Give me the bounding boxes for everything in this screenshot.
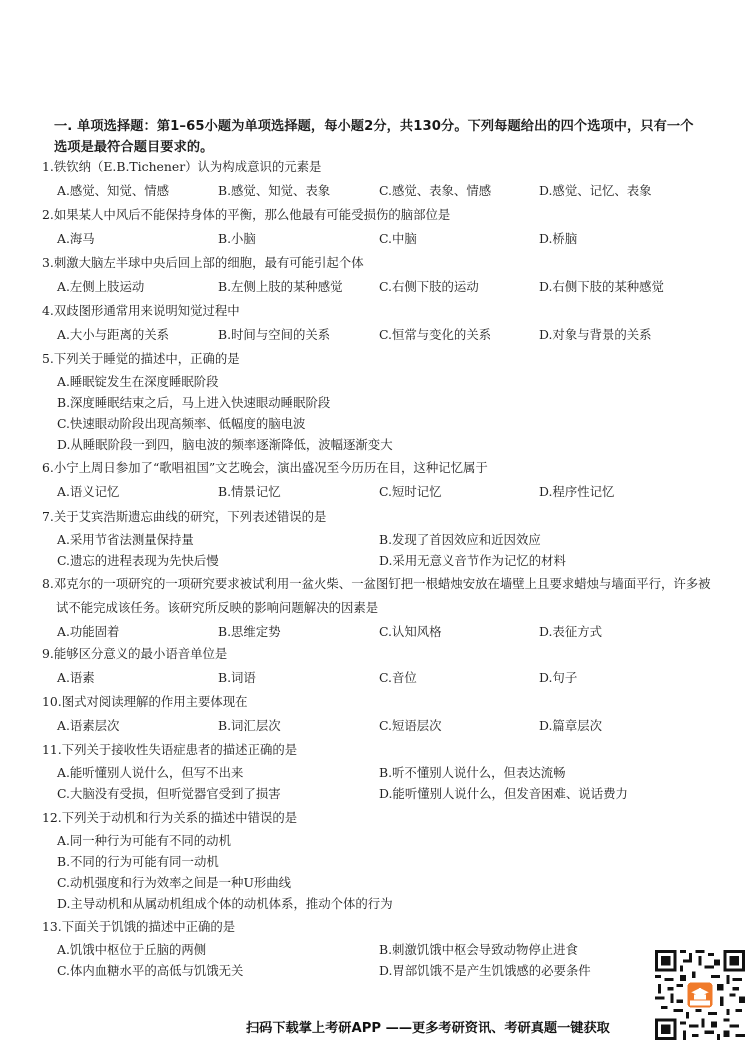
question-stem: 11.下列关于接收性失语症患者的描述正确的是 xyxy=(42,738,722,762)
question-stem: 5.下列关于睡觉的描述中，正确的是 xyxy=(42,347,722,371)
option-a: A.能听懂别人说什么，但写不出来 xyxy=(57,762,243,783)
option-d: D.表征方式 xyxy=(539,620,602,644)
option-d: D.桥脑 xyxy=(539,227,577,251)
option-b: B.词汇层次 xyxy=(218,714,281,738)
option-a: A.语素 xyxy=(57,666,95,690)
question-5: 5.下列关于睡觉的描述中，正确的是 A.睡眠锭发生在深度睡眠阶段 B.深度睡眠结… xyxy=(42,347,722,455)
option-b: B.词语 xyxy=(218,666,256,690)
option-d: D.从睡眠阶段一到四，脑电波的频率逐渐降低，波幅逐渐变大 xyxy=(42,434,722,455)
option-c: C.右侧下肢的运动 xyxy=(379,275,479,299)
question-7: 7.关于艾宾浩斯遗忘曲线的研究，下列表述错误的是 A.采用节省法测量保持量 B.… xyxy=(42,505,722,571)
qr-code[interactable] xyxy=(655,950,745,1040)
option-d: D.句子 xyxy=(539,666,577,690)
option-b: B.左侧上肢的某种感觉 xyxy=(218,275,343,299)
option-b: B.深度睡眠结束之后，马上进入快速眼动睡眠阶段 xyxy=(42,392,722,413)
question-stem: 10.图式对阅读理解的作用主要体现在 xyxy=(42,690,722,714)
option-c: C.体内血糖水平的高低与饥饿无关 xyxy=(57,960,243,981)
question-6: 6.小宁上周日参加了“歌唱祖国”文艺晚会，演出盛况至今历历在目，这种记忆属于 A… xyxy=(42,456,722,504)
question-stem: 7.关于艾宾浩斯遗忘曲线的研究，下列表述错误的是 xyxy=(42,505,722,529)
option-b: B.刺激饥饿中枢会导致动物停止进食 xyxy=(379,939,578,960)
question-stem: 12.下列关于动机和行为关系的描述中错误的是 xyxy=(42,806,722,830)
option-c: C.中脑 xyxy=(379,227,417,251)
option-c: C.快速眼动阶段出现高频率、低幅度的脑电波 xyxy=(42,413,722,434)
option-b: B.小脑 xyxy=(218,227,256,251)
option-a: A.海马 xyxy=(57,227,95,251)
option-a: A.语素层次 xyxy=(57,714,119,738)
qr-code-icon xyxy=(655,950,745,1040)
app-promo-text: 扫码下载掌上考研APP ——更多考研资讯、考研真题一键获取 xyxy=(246,1017,610,1036)
option-c: C.感觉、表象、情感 xyxy=(379,179,491,203)
option-d: D.胃部饥饿不是产生饥饿感的必要条件 xyxy=(379,960,591,981)
question-2: 2.如果某人中风后不能保持身体的平衡，那么他最有可能受损伤的脑部位是 A.海马 … xyxy=(42,203,722,251)
question-8: 8.邓克尔的一项研究的一项研究要求被试利用一盆火柴、一盆图钉把一根蜡烛安放在墙壁… xyxy=(42,572,722,644)
option-d: D.感觉、记忆、表象 xyxy=(539,179,652,203)
option-c: C.大脑没有受损，但听觉器官受到了损害 xyxy=(57,783,281,804)
option-b: B.不同的行为可能有同一动机 xyxy=(42,851,722,872)
question-stem: 13.下面关于饥饿的描述中正确的是 xyxy=(42,915,722,939)
option-d: D.主导动机和从属动机组成个体的动机体系，推动个体的行为 xyxy=(42,893,722,914)
question-9: 9.能够区分意义的最小语音单位是 A.语素 B.词语 C.音位 D.句子 xyxy=(42,642,722,690)
option-d: D.对象与背景的关系 xyxy=(539,323,652,347)
option-d: D.篇章层次 xyxy=(539,714,602,738)
option-a: A.饥饿中枢位于丘脑的两侧 xyxy=(57,939,206,960)
option-b: B.时间与空间的关系 xyxy=(218,323,330,347)
option-a: A.睡眠锭发生在深度睡眠阶段 xyxy=(42,371,722,392)
option-b: B.思维定势 xyxy=(218,620,281,644)
question-4: 4.双歧图形通常用来说明知觉过程中 A.大小与距离的关系 B.时间与空间的关系 … xyxy=(42,299,722,347)
exam-page: 一. 单项选择题：第1–65小题为单项选择题，每小题2分，共130分。下列每题给… xyxy=(0,0,750,1061)
question-13: 13.下面关于饥饿的描述中正确的是 A.饥饿中枢位于丘脑的两侧 B.刺激饥饿中枢… xyxy=(42,915,722,981)
question-12: 12.下列关于动机和行为关系的描述中错误的是 A.同一种行为可能有不同的动机 B… xyxy=(42,806,722,914)
option-d: D.能听懂别人说什么，但发音困难、说话费力 xyxy=(379,783,628,804)
option-a: A.功能固着 xyxy=(57,620,119,644)
section-heading: 一. 单项选择题：第1–65小题为单项选择题，每小题2分，共130分。下列每题给… xyxy=(54,116,704,158)
option-a: A.采用节省法测量保持量 xyxy=(57,529,194,550)
question-stem: 2.如果某人中风后不能保持身体的平衡，那么他最有可能受损伤的脑部位是 xyxy=(42,203,722,227)
option-c: C.音位 xyxy=(379,666,417,690)
option-c: C.认知风格 xyxy=(379,620,442,644)
question-3: 3.刺激大脑左半球中央后回上部的细胞，最有可能引起个体 A.左侧上肢运动 B.左… xyxy=(42,251,722,299)
option-a: A.左侧上肢运动 xyxy=(57,275,144,299)
option-b: B.听不懂别人说什么，但表达流畅 xyxy=(379,762,566,783)
option-d: D.程序性记忆 xyxy=(539,480,614,504)
option-c: C.遗忘的进程表现为先快后慢 xyxy=(57,550,219,571)
question-stem: 4.双歧图形通常用来说明知觉过程中 xyxy=(42,299,722,323)
option-a: A.语义记忆 xyxy=(57,480,119,504)
question-10: 10.图式对阅读理解的作用主要体现在 A.语素层次 B.词汇层次 C.短语层次 … xyxy=(42,690,722,738)
question-stem: 6.小宁上周日参加了“歌唱祖国”文艺晚会，演出盛况至今历历在目，这种记忆属于 xyxy=(42,456,722,480)
question-1: 1.铁钦纳（E.B.Tichener）认为构成意识的元素是 A.感觉、知觉、情感… xyxy=(42,155,722,203)
option-d: D.右侧下肢的某种感觉 xyxy=(539,275,664,299)
question-stem: 3.刺激大脑左半球中央后回上部的细胞，最有可能引起个体 xyxy=(42,251,722,275)
option-c: C.恒常与变化的关系 xyxy=(379,323,491,347)
option-a: A.同一种行为可能有不同的动机 xyxy=(42,830,722,851)
option-c: C.动机强度和行为效率之间是一种U形曲线 xyxy=(42,872,722,893)
option-b: B.发现了首因效应和近因效应 xyxy=(379,529,541,550)
option-a: A.感觉、知觉、情感 xyxy=(57,179,169,203)
question-stem: 9.能够区分意义的最小语音单位是 xyxy=(42,642,722,666)
question-stem: 1.铁钦纳（E.B.Tichener）认为构成意识的元素是 xyxy=(42,155,722,179)
option-c: C.短语层次 xyxy=(379,714,442,738)
option-b: B.情景记忆 xyxy=(218,480,281,504)
question-11: 11.下列关于接收性失语症患者的描述正确的是 A.能听懂别人说什么，但写不出来 … xyxy=(42,738,722,804)
option-c: C.短时记忆 xyxy=(379,480,442,504)
option-b: B.感觉、知觉、表象 xyxy=(218,179,330,203)
option-a: A.大小与距离的关系 xyxy=(57,323,169,347)
question-stem: 8.邓克尔的一项研究的一项研究要求被试利用一盆火柴、一盆图钉把一根蜡烛安放在墙壁… xyxy=(42,572,716,620)
option-d: D.采用无意义音节作为记忆的材料 xyxy=(379,550,566,571)
